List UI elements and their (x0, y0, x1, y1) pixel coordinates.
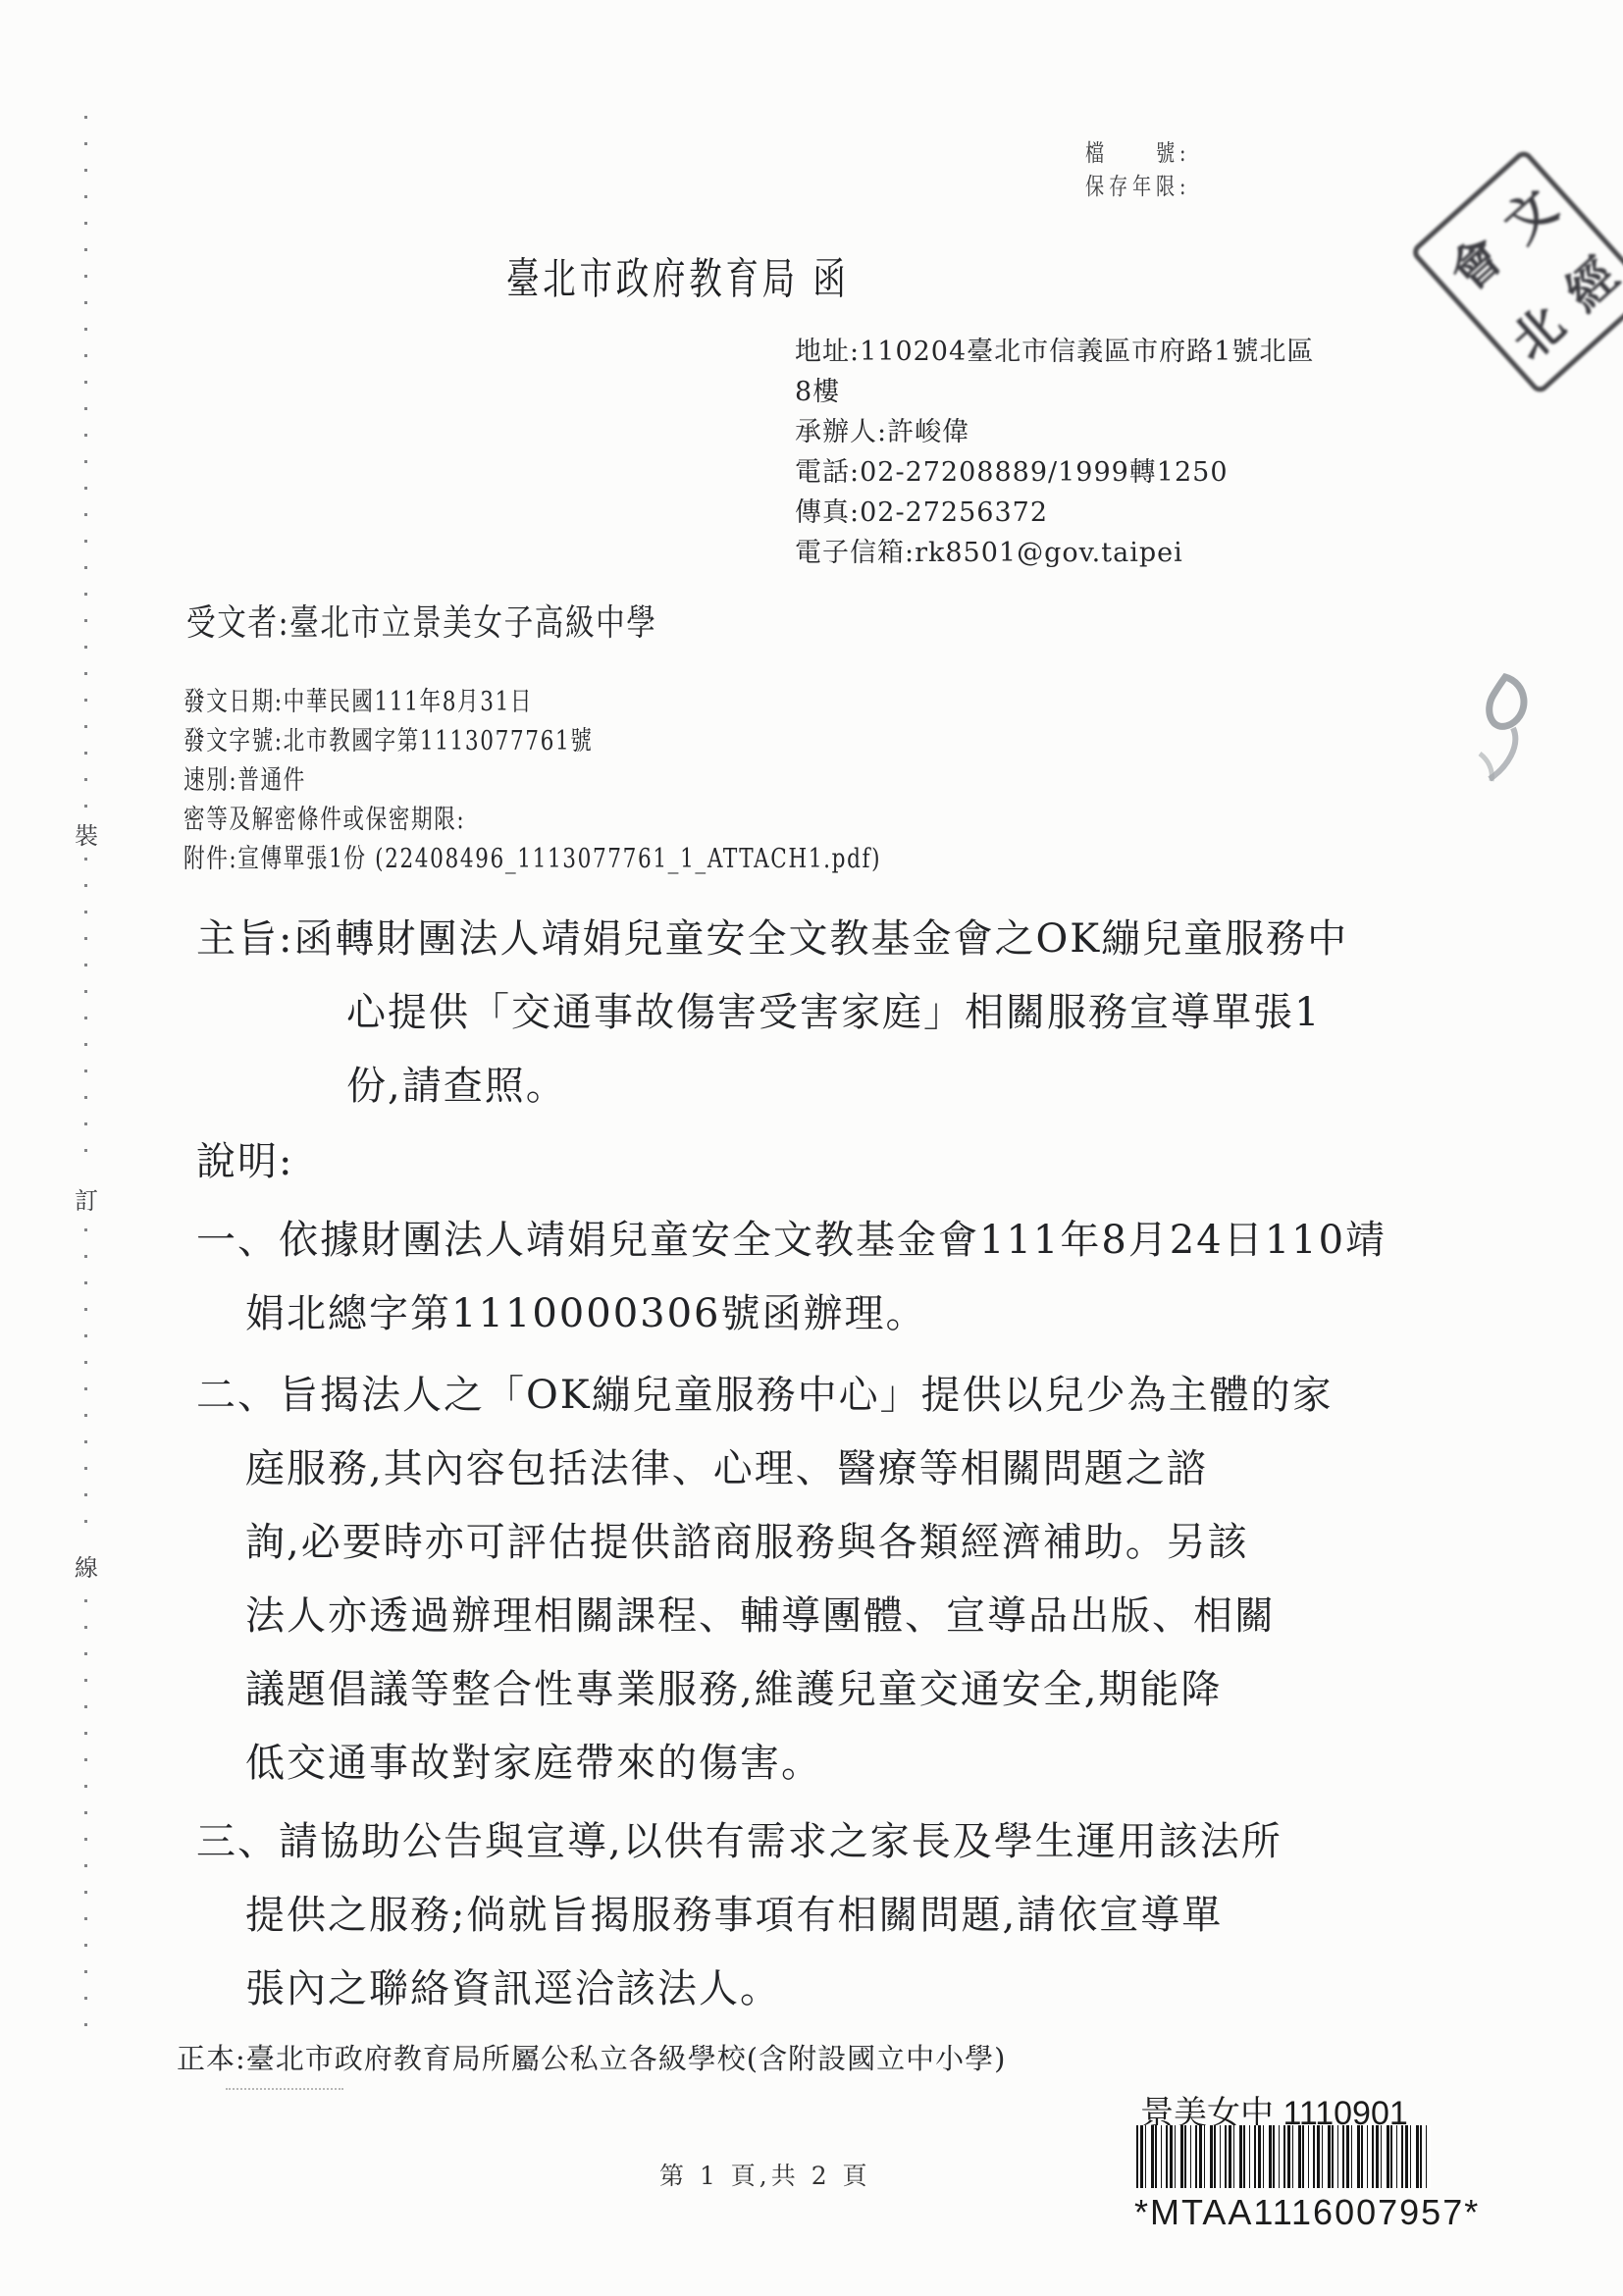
barcode-code-text: *MTAA1116007957* (1134, 2192, 1480, 2233)
sender-address-line1: 地址:110204臺北市信義區市府路1號北區 (795, 332, 1314, 372)
stamp-char: 經 (1547, 239, 1623, 325)
page-number-info: 第 1 頁,共 2 頁 (659, 2157, 871, 2192)
explanation-item2-line2: 庭服務,其內容包括法律、心理、醫療等相關問題之諮 (245, 1437, 1208, 1493)
explanation-item2-line1: 二、旨揭法人之「OK繃兒童服務中心」提供以兒少為主體的家 (196, 1364, 1334, 1420)
official-letter-page: 裝 訂 線 檔 號: 保存年限: 會 文 北 經 臺北市政府教育局 函 地址:1… (0, 0, 1623, 2296)
explanation-item3-line1: 三、請協助公告與宣導,以供有需求之家長及學生運用該法所 (196, 1810, 1283, 1866)
sender-contact-person: 承辦人:許峻偉 (795, 412, 1314, 452)
binding-mark-zhuang: 裝 (71, 810, 102, 857)
subject-line-3: 份,請查照。 (346, 1055, 567, 1111)
explanation-heading: 說明: (196, 1130, 293, 1186)
ink-mark-fragment (1468, 669, 1543, 793)
explanation-item1-line1: 一、依據財團法人靖娟兒童安全文教基金會111年8月24日110靖 (196, 1209, 1387, 1265)
explanation-item2-line6: 低交通事故對家庭帶來的傷害。 (245, 1732, 822, 1788)
stamp-char: 北 (1493, 287, 1577, 373)
stamp-char: 會 (1432, 219, 1515, 304)
security-classification: 密等及解密條件或保密期限: (183, 801, 881, 840)
retention-period-label: 保存年限: (1085, 167, 1190, 201)
attachment-info: 附件:宣傳單張1份 (22408496_1113077761_1_ATTACH1… (183, 840, 881, 879)
priority-level: 速別:普通件 (183, 761, 881, 801)
sender-info-block: 地址:110204臺北市信義區市府路1號北區 8樓 承辦人:許峻偉 電話:02-… (795, 332, 1314, 573)
explanation-item2-line4: 法人亦透過辦理相關課程、輔導團體、宣導品出版、相關 (245, 1585, 1276, 1641)
binding-mark-xian: 線 (71, 1542, 102, 1589)
dispatch-meta-block: 發文日期:中華民國111年8月31日 發文字號:北市教國字第1113077761… (183, 683, 881, 879)
subject-line-1: 主旨:函轉財團法人靖娟兒童安全文教基金會之OK繃兒童服務中 (196, 908, 1348, 964)
received-ink-stamp: 會 文 北 經 (1409, 148, 1623, 396)
binding-dotted-line (84, 116, 87, 2049)
issue-date: 發文日期:中華民國111年8月31日 (183, 683, 881, 722)
explanation-item2-line3: 詢,必要時亦可評估提供諮商服務與各類經濟補助。另該 (245, 1511, 1249, 1567)
stamp-char: 文 (1486, 171, 1569, 256)
sender-fax: 傳真:02-27256372 (795, 493, 1314, 533)
sender-phone: 電話:02-27208889/1999轉1250 (795, 452, 1314, 493)
recipient-line: 受文者:臺北市立景美女子高級中學 (186, 593, 657, 646)
subject-line-2: 心提供「交通事故傷害受害家庭」相關服務宣導單張1 (346, 981, 1321, 1037)
explanation-item2-line5: 議題倡議等整合性專業服務,維護兒童交通安全,期能降 (245, 1658, 1222, 1714)
archive-number-label: 檔 號: (1085, 133, 1190, 168)
copy-to-line: 正本:臺北市政府教育局所屬公私立各級學校(含附設國立中小學) (177, 2037, 1006, 2077)
explanation-item3-line2: 提供之服務;倘就旨揭服務事項有相關問題,請依宣導單 (245, 1884, 1223, 1940)
receipt-barcode (1136, 2125, 1431, 2188)
explanation-item3-line3: 張內之聯絡資訊逕洽該法人。 (245, 1957, 781, 2013)
doc-number: 發文字號:北市教國字第1113077761號 (183, 722, 881, 761)
faint-dotted-underline (226, 2088, 343, 2090)
document-title: 臺北市政府教育局 函 (506, 243, 850, 306)
binding-mark-ding: 訂 (71, 1175, 102, 1222)
explanation-item1-line2: 娟北總字第1110000306號函辦理。 (245, 1282, 927, 1338)
sender-address-line2: 8樓 (795, 372, 1314, 412)
sender-email: 電子信箱:rk8501@gov.taipei (795, 533, 1314, 573)
